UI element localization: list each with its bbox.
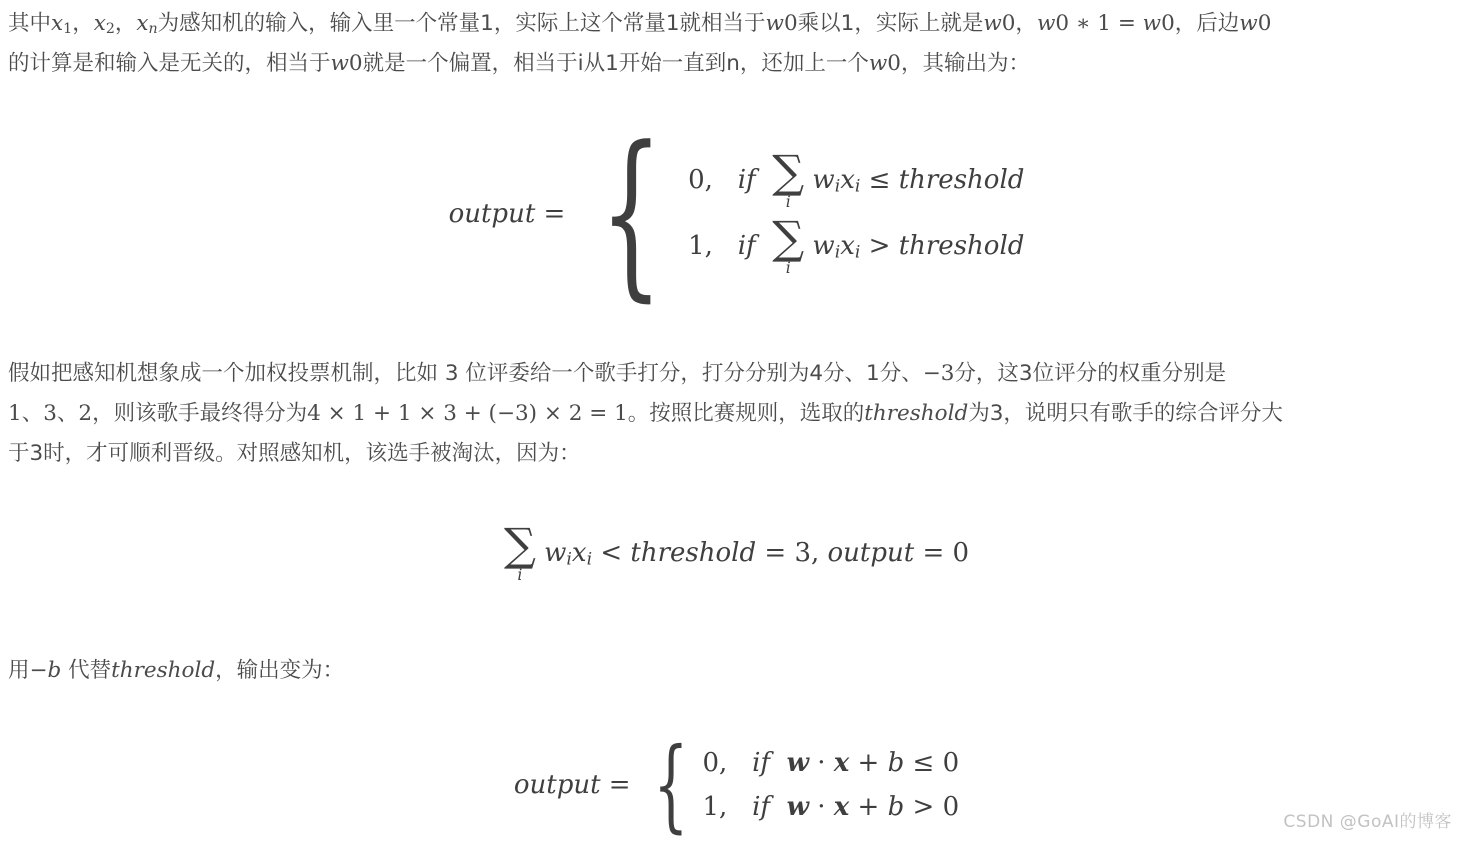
text-run: 0 <box>1161 11 1175 36</box>
text-run: output <box>449 199 536 229</box>
text-run: 0 <box>887 51 901 76</box>
text-run: if <box>752 792 770 822</box>
text-run: 用 <box>8 658 30 683</box>
text-run: x <box>840 165 855 195</box>
sigma-glyph: ∑ <box>772 217 804 258</box>
text-run: w <box>787 792 809 822</box>
csdn-watermark: CSDN @GoAI的博客 <box>1283 807 1452 832</box>
text-run: + <box>849 748 887 778</box>
text-run: −3 <box>923 361 955 386</box>
text-run: 乘以1，实际上就是 <box>798 11 984 36</box>
sum-index: i <box>786 195 791 211</box>
text-run: < <box>592 538 630 568</box>
text-run: x <box>834 792 850 822</box>
cases-group: { 0, if w · x + b ≤ 0 1, if w · x + b > … <box>639 742 959 828</box>
text-run: ， <box>115 11 137 36</box>
summation-icon: ∑i <box>772 151 804 211</box>
text-line: 于3时，才可顺利晋级。对照感知机，该选手被淘汰，因为： <box>8 434 1465 474</box>
text-run: ，其输出为： <box>901 51 1030 76</box>
article-page: 其中x1，x2，xn为感知机的输入，输入里一个常量1，实际上这个常量1就相当于w… <box>0 0 1473 843</box>
text-run: threshold <box>864 401 968 426</box>
text-run: ，后边 <box>1175 11 1240 36</box>
text-run <box>770 792 787 822</box>
text-run: ，输出变为： <box>215 658 344 683</box>
text-run: 0 <box>1258 11 1272 36</box>
text-run <box>727 748 752 778</box>
text-run: 0 <box>1002 11 1016 36</box>
text-run: b <box>48 658 62 683</box>
text-run: 3 <box>43 401 57 426</box>
text-run: x <box>572 538 587 568</box>
text-run <box>713 231 738 261</box>
text-run: 于3时，才可顺利晋级。对照感知机，该选手被淘汰，因为： <box>8 441 581 466</box>
text-run: ，则该歌手最终得分为 <box>92 401 307 426</box>
cases-rows: 0, if ∑i wixi ≤ threshold 1, if ∑i wixi … <box>688 151 1024 276</box>
cases-rows: 0, if w · x + b ≤ 0 1, if w · x + b > 0 <box>703 742 960 828</box>
text-run: 为3，说明只有歌手的综合评分大 <box>968 401 1283 426</box>
text-run: threshold <box>899 165 1025 195</box>
text-run: w <box>869 51 887 76</box>
cases-group: { 0, if ∑i wixi ≤ threshold 1, if ∑i wix… <box>574 139 1025 289</box>
text-run: 1, <box>688 231 713 261</box>
text-run: n <box>149 21 158 37</box>
paragraph-replace-threshold: 用−b 代替threshold，输出变为： <box>8 651 1465 691</box>
formula-output-threshold-cases: output = { 0, if ∑i wixi ≤ threshold 1, … <box>8 138 1465 290</box>
text-run: = <box>601 770 639 800</box>
sum-index: i <box>517 568 522 584</box>
text-run <box>756 165 773 195</box>
text-run: 0 ∗ 1 = <box>1055 11 1142 36</box>
case-row-one: 1, if ∑i wixi > threshold <box>688 217 1024 277</box>
text-run: if <box>752 748 770 778</box>
text-run: 2 <box>106 21 115 37</box>
text-run: threshold <box>899 231 1025 261</box>
formula-output-bias-cases: output = { 0, if w · x + b ≤ 0 1, if w ·… <box>8 741 1465 829</box>
summation-icon: ∑i <box>504 524 536 584</box>
text-run: > 0 <box>904 792 959 822</box>
case-row-zero: 0, if ∑i wixi ≤ threshold <box>688 151 1024 211</box>
summation-icon: ∑i <box>772 217 804 277</box>
text-run: w <box>983 11 1001 36</box>
formula-lhs: output = <box>514 770 639 800</box>
text-run: · <box>809 748 834 778</box>
text-run: 1 <box>8 401 22 426</box>
text-run: w <box>544 538 566 568</box>
text-run: 0, <box>703 748 728 778</box>
text-run: 0 <box>349 51 363 76</box>
text-run: w <box>1037 11 1055 36</box>
text-run: 0 <box>784 11 798 36</box>
text-run: output <box>514 770 601 800</box>
sum-index: i <box>786 261 791 277</box>
text-run: 为感知机的输入，输入里一个常量1，实际上这个常量1就相当于 <box>158 11 766 36</box>
text-run: 、 <box>22 401 44 426</box>
formula-sum-less-than-threshold: ∑i wixi < threshold = 3, output = 0 <box>8 514 1465 594</box>
text-run: threshold <box>630 538 756 568</box>
left-brace: { <box>599 139 662 289</box>
text-run: ， <box>72 11 94 36</box>
text-run: w <box>1239 11 1257 36</box>
text-run: ≤ <box>860 165 898 195</box>
text-run <box>713 165 738 195</box>
text-run: x <box>51 11 63 36</box>
text-run: 代替 <box>61 658 111 683</box>
text-run: w <box>1143 11 1161 36</box>
formula-lhs: output = <box>449 199 574 229</box>
text-run: 的计算是和输入是无关的，相当于 <box>8 51 331 76</box>
text-run: 、 <box>57 401 79 426</box>
paragraph-perceptron-input: 其中x1，x2，xn为感知机的输入，输入里一个常量1，实际上这个常量1就相当于w… <box>8 4 1465 84</box>
text-run: + <box>849 792 887 822</box>
text-run: w <box>331 51 349 76</box>
text-run <box>770 748 787 778</box>
text-line: 其中x1，x2，xn为感知机的输入，输入里一个常量1，实际上这个常量1就相当于w… <box>8 4 1465 44</box>
text-run: 0, <box>688 165 713 195</box>
text-run: > <box>860 231 898 261</box>
text-run: 2 <box>78 401 92 426</box>
sigma-glyph: ∑ <box>772 151 804 192</box>
paragraph-voting-example: 假如把感知机想象成一个加权投票机制，比如 3 位评委给一个歌手打分，打分分别为4… <box>8 354 1465 474</box>
text-run: b <box>888 792 905 822</box>
text-run <box>727 792 752 822</box>
case-row-zero: 0, if w · x + b ≤ 0 <box>703 742 960 784</box>
text-run: 1 <box>63 21 72 37</box>
text-run: 其中 <box>8 11 51 36</box>
text-run <box>536 538 544 568</box>
text-run: b <box>888 748 905 778</box>
text-run: w <box>766 11 784 36</box>
text-run: output <box>828 538 915 568</box>
text-run: if <box>738 231 756 261</box>
text-run: 分，这3位评分的权重分别是 <box>954 361 1226 386</box>
text-run: − <box>30 658 48 683</box>
sigma-glyph: ∑ <box>504 524 536 565</box>
text-run: 就是一个偏置，相当于i从1开始一直到n，还加上一个 <box>363 51 869 76</box>
text-run: 。按照比赛规则，选取的 <box>628 401 865 426</box>
text-run: x <box>834 748 850 778</box>
text-run: ≤ 0 <box>904 748 959 778</box>
text-run: x <box>94 11 106 36</box>
text-run: · <box>809 792 834 822</box>
text-run: 4 × 1 + 1 × 3 + (−3) × 2 = 1 <box>307 401 628 426</box>
text-line: 1、3、2，则该歌手最终得分为4 × 1 + 1 × 3 + (−3) × 2 … <box>8 394 1465 434</box>
text-line: 用−b 代替threshold，输出变为： <box>8 651 1465 691</box>
formula-expression: ∑i wixi < threshold = 3, output = 0 <box>504 524 969 584</box>
text-run: w <box>787 748 809 778</box>
left-brace: { <box>653 743 688 827</box>
text-run: 1, <box>703 792 728 822</box>
text-run: 假如把感知机想象成一个加权投票机制，比如 3 位评委给一个歌手打分，打分分别为4… <box>8 361 923 386</box>
case-row-one: 1, if w · x + b > 0 <box>703 786 960 828</box>
text-run: = 0 <box>914 538 969 568</box>
text-run: = <box>535 199 573 229</box>
text-run: threshold <box>111 658 215 683</box>
text-run: if <box>738 165 756 195</box>
text-run: w <box>812 165 834 195</box>
text-run: x <box>840 231 855 261</box>
text-run: x <box>136 11 148 36</box>
text-run: w <box>812 231 834 261</box>
text-line: 的计算是和输入是无关的，相当于w0就是一个偏置，相当于i从1开始一直到n，还加上… <box>8 44 1465 84</box>
text-run: = 3, <box>756 538 827 568</box>
text-line: 假如把感知机想象成一个加权投票机制，比如 3 位评委给一个歌手打分，打分分别为4… <box>8 354 1465 394</box>
text-run: ， <box>1015 11 1037 36</box>
text-run <box>756 231 773 261</box>
